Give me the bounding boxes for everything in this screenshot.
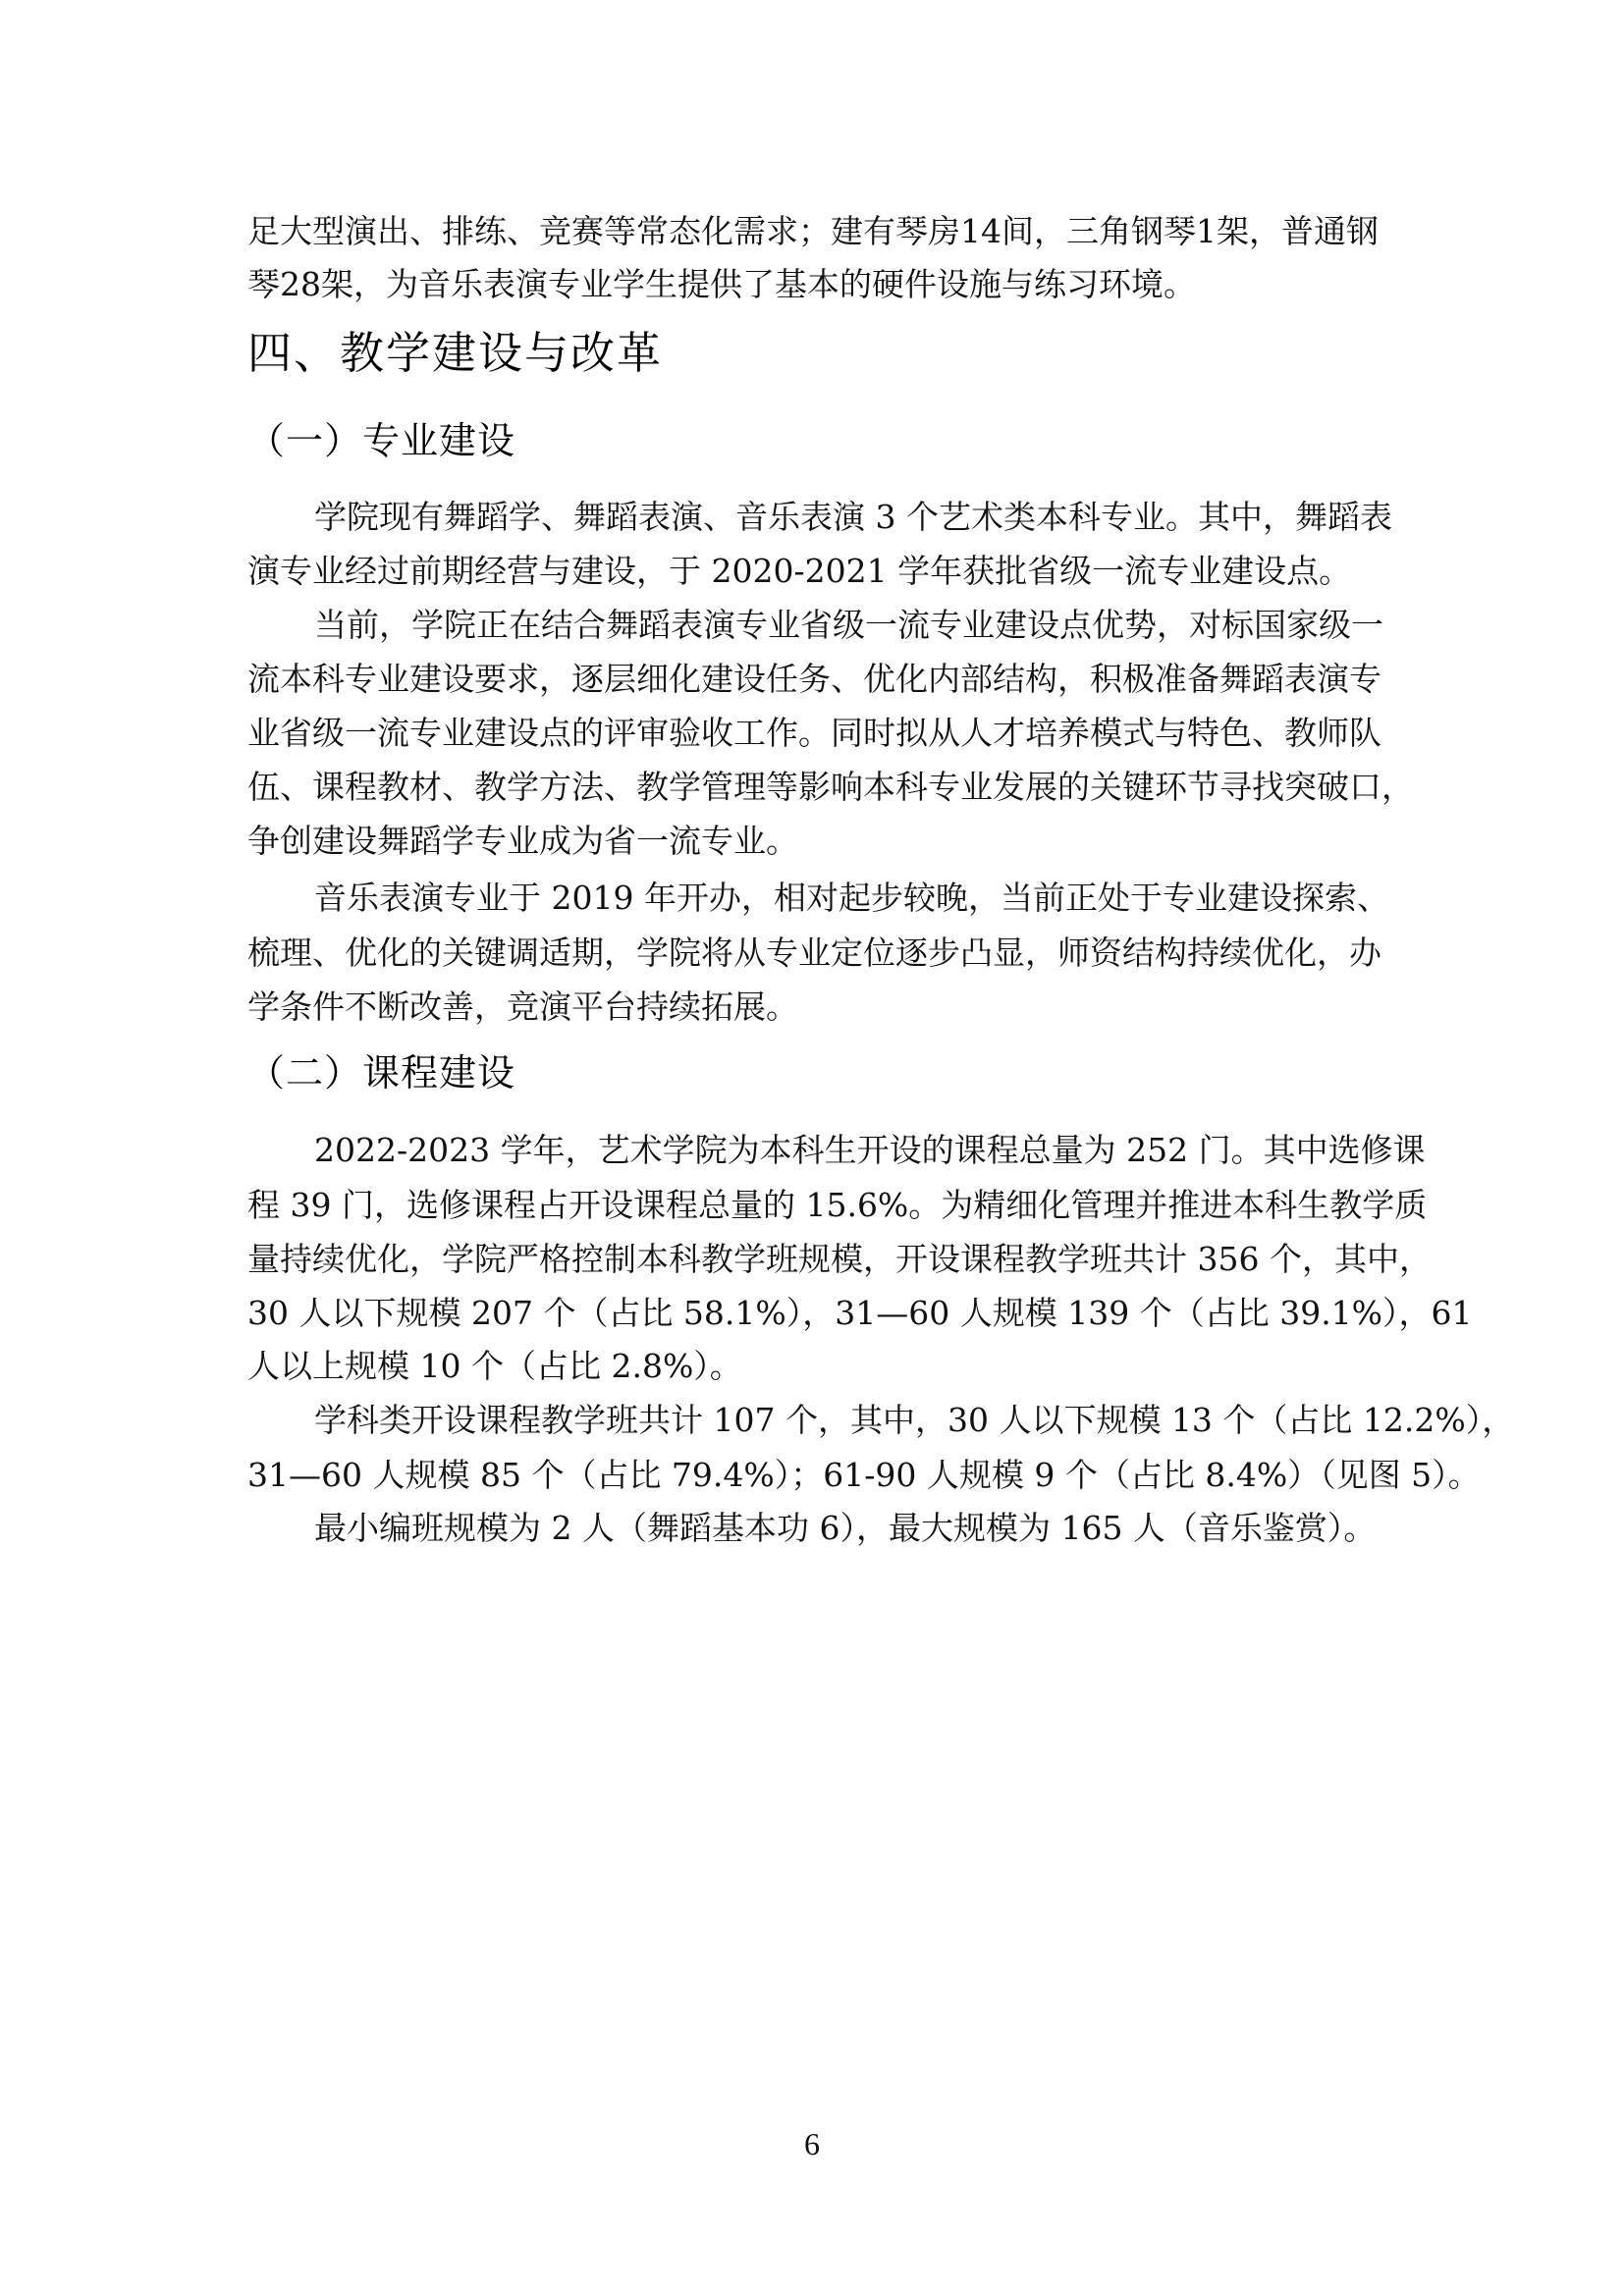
paragraph-line: 演专业经过前期经营与建设，于 2020-2021 学年获批省级一流专业建设点。 (247, 545, 1377, 598)
document-page: 足大型演出、排练、竞赛等常态化需求；建有琴房14间，三角钢琴1架，普通钢 琴28… (0, 0, 1624, 2296)
page-number: 6 (797, 2126, 827, 2162)
paragraph-line: 琴28架，为音乐表演专业学生提供了基本的硬件设施与练习环境。 (247, 258, 1377, 311)
subsection-heading-major-construction: （一）专业建设 (247, 414, 515, 467)
paragraph-line: 学院现有舞蹈学、舞蹈表演、音乐表演 3 个艺术类本科专业。其中，舞蹈表 (314, 491, 1377, 544)
paragraph-line: 量持续优化，学院严格控制本科教学班规模，开设课程教学班共计 356 个，其中， (247, 1233, 1377, 1286)
paragraph-line: 学科类开设课程教学班共计 107 个，其中，30 人以下规模 13 个（占比 1… (314, 1394, 1377, 1447)
paragraph-line: 业省级一流专业建设点的评审验收工作。同时拟从人才培养模式与特色、教师队 (247, 707, 1377, 760)
paragraph-line: 31—60 人规模 85 个（占比 79.4%）；61-90 人规模 9 个（占… (247, 1449, 1377, 1502)
paragraph-line: 伍、课程教材、教学方法、教学管理等影响本科专业发展的关键环节寻找突破口， (247, 761, 1377, 814)
paragraph-line: 30 人以下规模 207 个（占比 58.1%），31—60 人规模 139 个… (247, 1287, 1377, 1340)
paragraph-line: 最小编班规模为 2 人（舞蹈基本功 6），最大规模为 165 人（音乐鉴赏）。 (314, 1502, 1377, 1555)
paragraph-line: 程 39 门，选修课程占开设课程总量的 15.6%。为精细化管理并推进本科生教学… (247, 1179, 1377, 1232)
section-heading: 四、教学建设与改革 (247, 324, 663, 383)
paragraph-line: 足大型演出、排练、竞赛等常态化需求；建有琴房14间，三角钢琴1架，普通钢 (247, 205, 1377, 258)
paragraph-line: 人以上规模 10 个（占比 2.8%）。 (247, 1340, 1377, 1393)
paragraph-line: 流本科专业建设要求，逐层细化建设任务、优化内部结构，积极准备舞蹈表演专 (247, 653, 1377, 706)
paragraph-line: 当前，学院正在结合舞蹈表演专业省级一流专业建设点优势，对标国家级一 (314, 599, 1377, 652)
subsection-heading-course-construction: （二）课程建设 (247, 1046, 515, 1099)
paragraph-line: 音乐表演专业于 2019 年开办，相对起步较晚，当前正处于专业建设探索、 (314, 872, 1377, 925)
paragraph-line: 争创建设舞蹈学专业成为省一流专业。 (247, 815, 1377, 868)
paragraph-line: 梳理、优化的关键调适期，学院将从专业定位逐步凸显，师资结构持续优化，办 (247, 927, 1377, 980)
paragraph-line: 学条件不断改善，竞演平台持续拓展。 (247, 981, 1377, 1034)
paragraph-line: 2022-2023 学年，艺术学院为本科生开设的课程总量为 252 门。其中选修… (314, 1124, 1377, 1177)
